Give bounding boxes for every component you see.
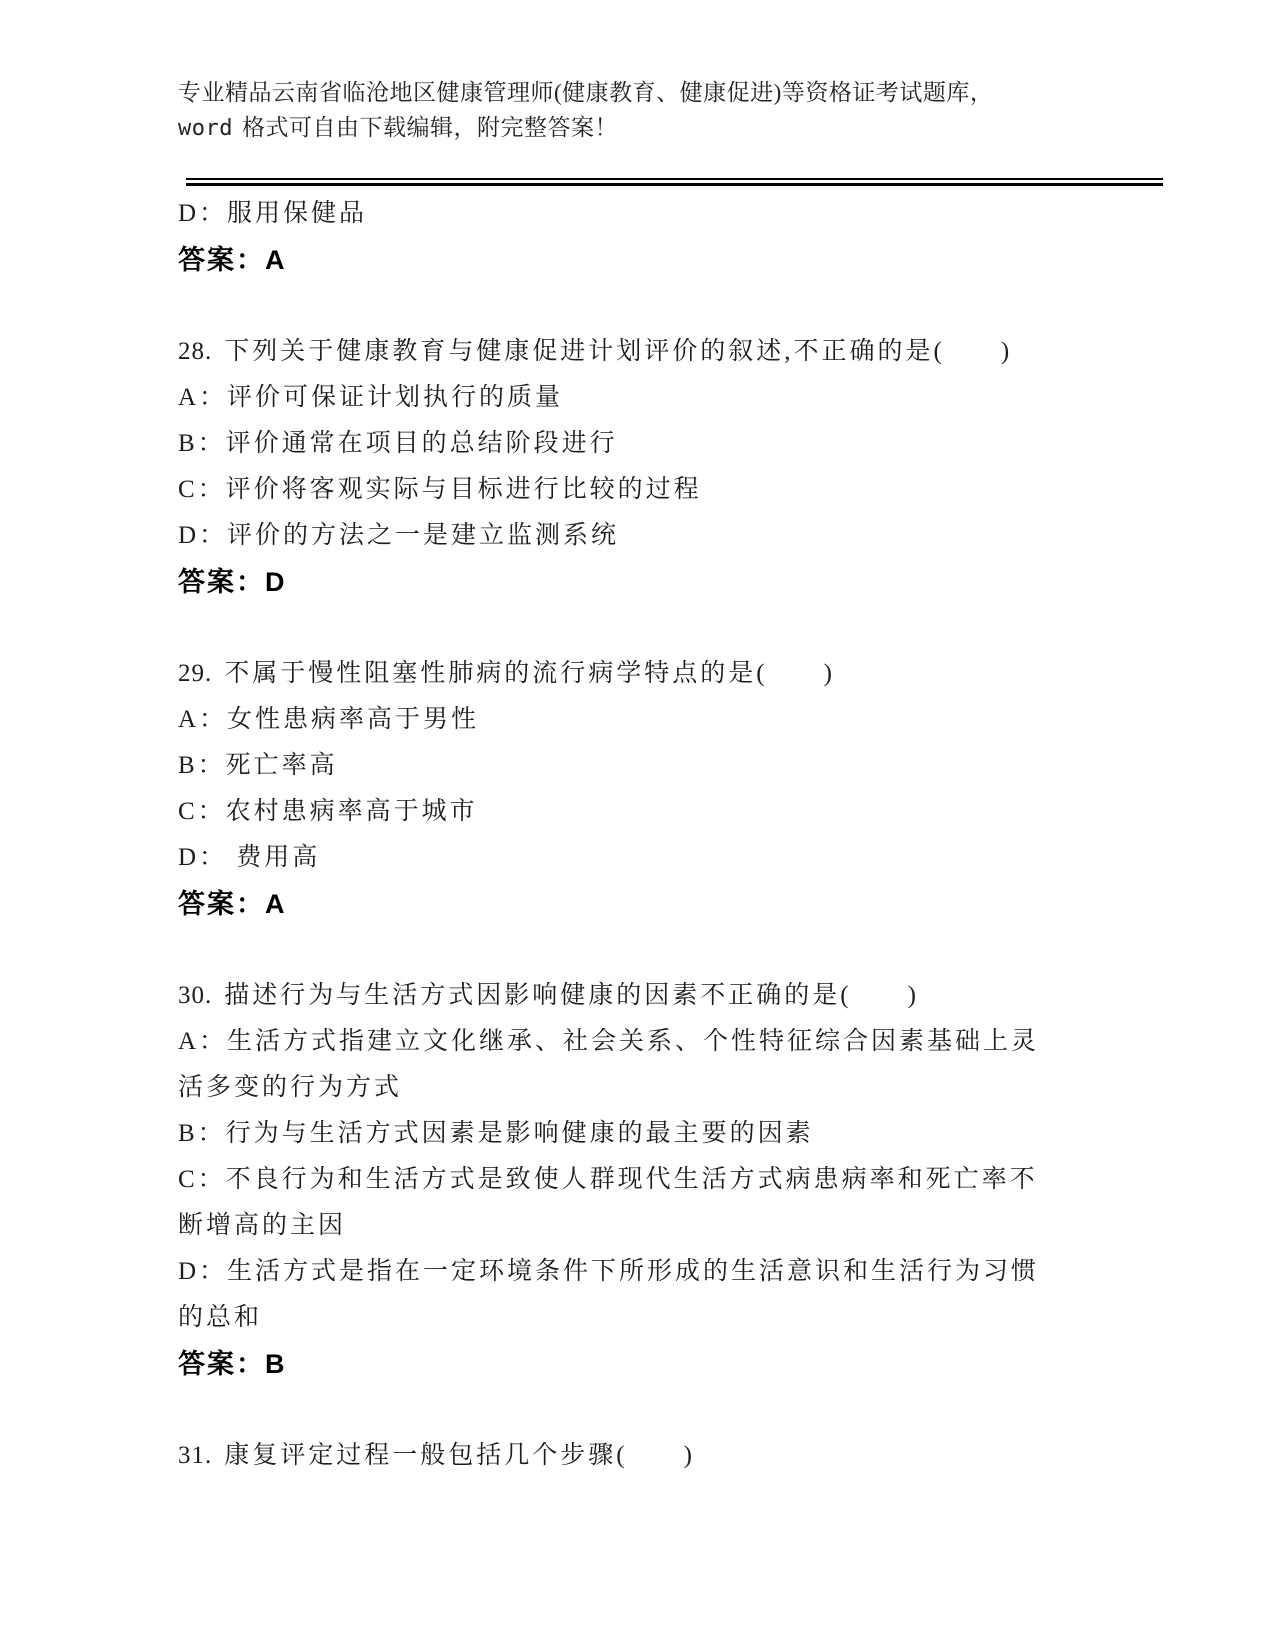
answer-line: 答案：A — [178, 237, 1058, 283]
option-continuation-line: 断增高的主因 — [178, 1203, 1058, 1249]
question-stem: 下列关于健康教育与健康促进计划评价的叙述,不正确的是( ) — [224, 338, 1012, 365]
option-line: D： 费用高 — [178, 835, 1058, 881]
option-line: A：评价可保证计划执行的质量 — [178, 375, 1058, 421]
answer-line: 答案：A — [178, 881, 1058, 927]
document-body: D：服用保健品 答案：A 28.下列关于健康教育与健康促进计划评价的叙述,不正确… — [0, 191, 1058, 1479]
option-line: C：不良行为和生活方式是致使人群现代生活方式病患病率和死亡率不 — [178, 1157, 1058, 1203]
blank-line — [178, 927, 1058, 973]
question-line: 30.描述行为与生活方式因影响健康的因素不正确的是( ) — [178, 973, 1058, 1019]
blank-line — [178, 283, 1058, 329]
option-line: A：生活方式指建立文化继承、社会关系、个性特征综合因素基础上灵 — [178, 1019, 1058, 1065]
option-line: D：生活方式是指在一定环境条件下所形成的生活意识和生活行为习惯 — [178, 1249, 1058, 1295]
option-continuation-line: 活多变的行为方式 — [178, 1065, 1058, 1111]
question-number: 30. — [178, 982, 212, 1009]
option-line: B：死亡率高 — [178, 743, 1058, 789]
option-line: C：评价将客观实际与目标进行比较的过程 — [178, 467, 1058, 513]
option-line: D：评价的方法之一是建立监测系统 — [178, 513, 1058, 559]
question-line: 28.下列关于健康教育与健康促进计划评价的叙述,不正确的是( ) — [178, 329, 1058, 375]
blank-line — [178, 1387, 1058, 1433]
answer-line: 答案：B — [178, 1341, 1058, 1387]
question-stem: 不属于慢性阻塞性肺病的流行病学特点的是( ) — [224, 660, 835, 687]
header-line-1: 专业精品云南省临沧地区健康管理师(健康教育、健康促进)等资格证考试题库， — [178, 75, 1275, 110]
option-line: D：服用保健品 — [178, 191, 1058, 237]
question-number: 29. — [178, 660, 212, 687]
question-number: 31. — [178, 1442, 212, 1469]
question-line: 31.康复评定过程一般包括几个步骤( ) — [178, 1433, 1058, 1479]
option-line: A：女性患病率高于男性 — [178, 697, 1058, 743]
document-page: 专业精品云南省临沧地区健康管理师(健康教育、健康促进)等资格证考试题库， wor… — [0, 0, 1275, 1650]
page-header: 专业精品云南省临沧地区健康管理师(健康教育、健康促进)等资格证考试题库， wor… — [0, 0, 1275, 186]
question-stem: 康复评定过程一般包括几个步骤( ) — [224, 1442, 695, 1469]
option-line: B：评价通常在项目的总结阶段进行 — [178, 421, 1058, 467]
header-word-label: word — [178, 116, 233, 141]
header-line-2-text: 格式可自由下载编辑，附完整答案！ — [242, 115, 618, 140]
question-number: 28. — [178, 338, 212, 365]
blank-line — [178, 605, 1058, 651]
option-line: C：农村患病率高于城市 — [178, 789, 1058, 835]
question-stem: 描述行为与生活方式因影响健康的因素不正确的是( ) — [224, 982, 919, 1009]
option-line: B：行为与生活方式因素是影响健康的最主要的因素 — [178, 1111, 1058, 1157]
header-line-2: word格式可自由下载编辑，附完整答案！ — [178, 110, 1275, 146]
header-divider-rule — [186, 178, 1163, 186]
option-continuation-line: 的总和 — [178, 1295, 1058, 1341]
question-line: 29.不属于慢性阻塞性肺病的流行病学特点的是( ) — [178, 651, 1058, 697]
answer-line: 答案：D — [178, 559, 1058, 605]
